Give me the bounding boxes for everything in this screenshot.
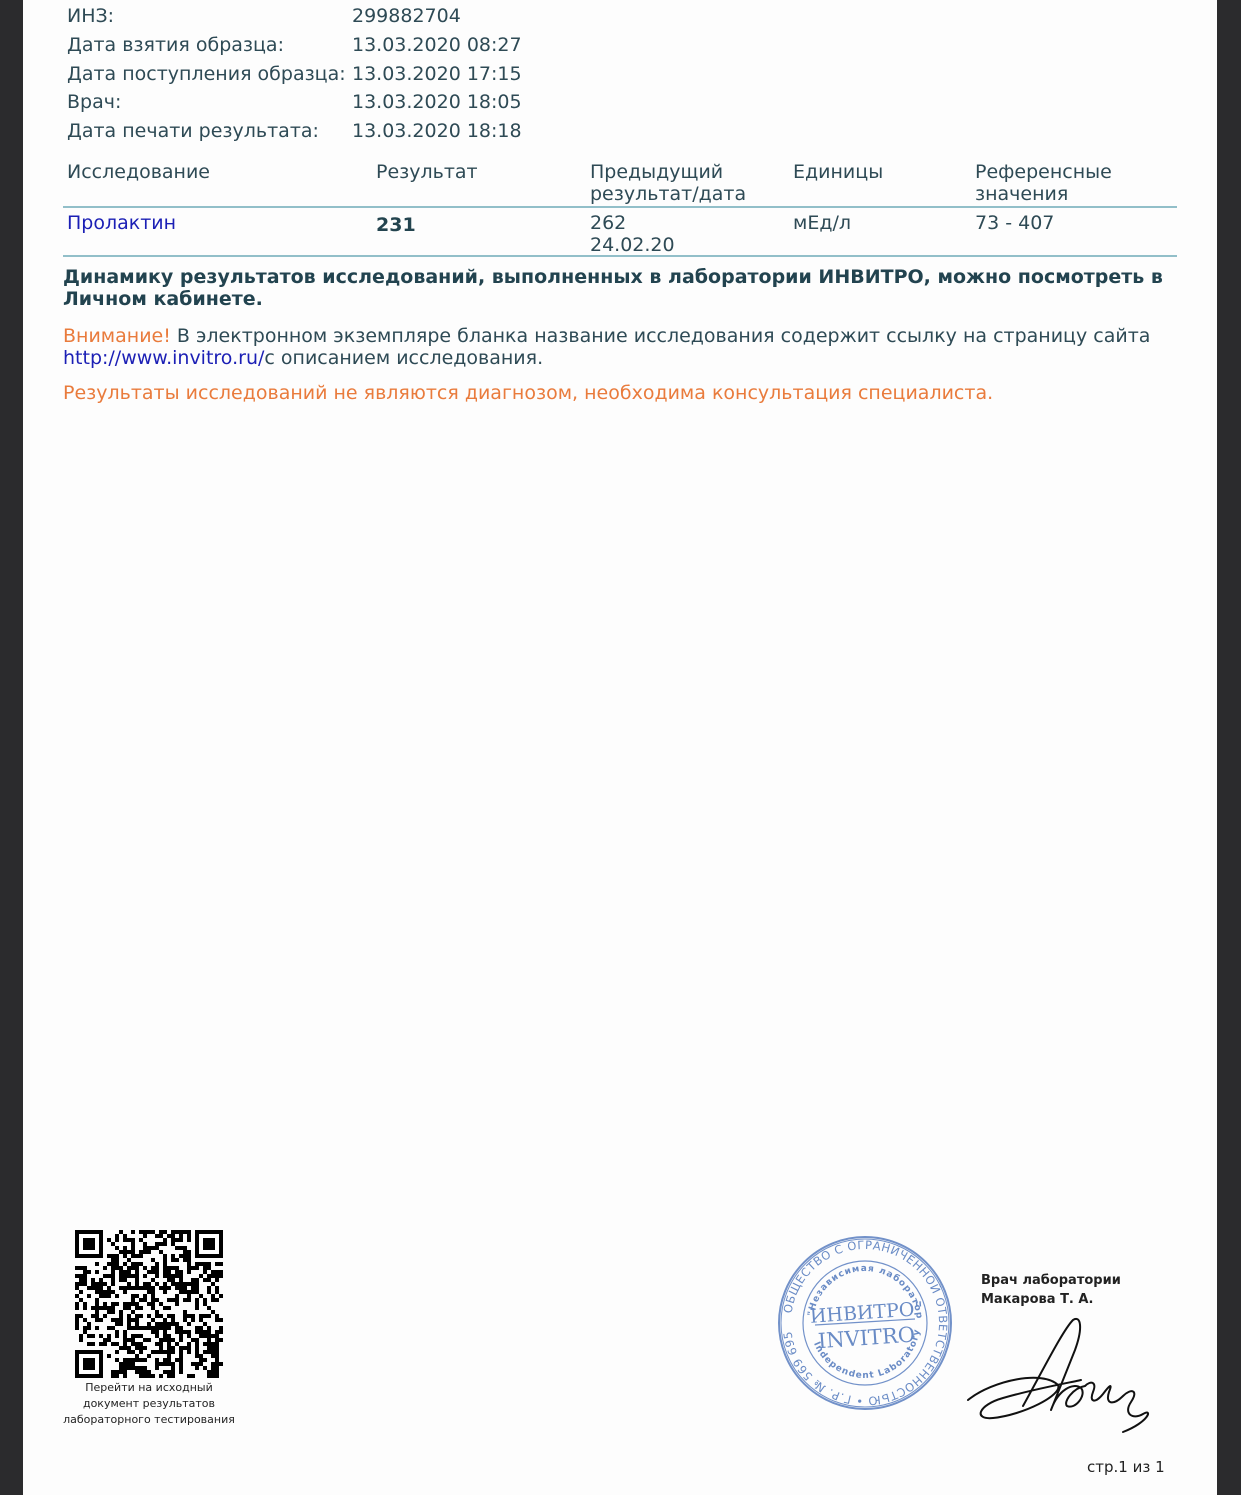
header-previous-line1: Предыдущий	[590, 161, 746, 183]
qr-caption: Перейти на исходный документ результатов…	[59, 1380, 239, 1428]
header-result: Результат	[376, 161, 478, 183]
document-page: ИНЗ: 299882704 Дата взятия образца: 13.0…	[23, 0, 1217, 1495]
svg-text:INVITRO: INVITRO	[817, 1323, 916, 1354]
stamp-icon: ОБЩЕСТВО С ОГРАНИЧЕННОЙ ОТВЕТСТВЕННОСТЬЮ…	[775, 1233, 955, 1413]
meta-label: ИНЗ:	[67, 4, 114, 28]
meta-value: 13.03.2020 18:05	[352, 90, 522, 114]
header-reference-line2: значения	[975, 183, 1112, 205]
qr-caption-line: лабораторного тестирования	[59, 1412, 239, 1428]
meta-label: Дата взятия образца:	[67, 33, 284, 57]
table-header-rule	[63, 206, 1177, 208]
page-number: стр.1 из 1	[1087, 1458, 1165, 1476]
test-name-link[interactable]: Пролактин	[67, 212, 176, 234]
meta-label: Врач:	[67, 90, 121, 114]
header-units: Единицы	[793, 161, 883, 183]
signer-block: Врач лаборатории Макарова Т. А.	[981, 1271, 1121, 1309]
meta-label: Дата печати результата:	[67, 119, 319, 143]
previous-result: 262 24.02.20	[590, 212, 675, 256]
dynamics-notice: Динамику результатов исследований, выпол…	[63, 266, 1163, 310]
signer-name: Макарова Т. А.	[981, 1290, 1121, 1309]
attention-notice: Внимание! В электронном экземпляре бланк…	[63, 325, 1183, 369]
header-previous-line2: результат/дата	[590, 183, 746, 205]
qr-caption-line: Перейти на исходный	[59, 1380, 239, 1396]
attention-text: В электронном экземпляре бланка название…	[171, 325, 1151, 347]
header-reference: Референсные значения	[975, 161, 1112, 205]
previous-date: 24.02.20	[590, 234, 675, 256]
qr-code-icon[interactable]	[74, 1230, 224, 1378]
header-test: Исследование	[67, 161, 210, 183]
header-reference-line1: Референсные	[975, 161, 1112, 183]
result-value: 231	[376, 214, 416, 236]
meta-label: Дата поступления образца:	[67, 62, 346, 86]
qr-caption-line: документ результатов	[59, 1396, 239, 1412]
meta-value: 299882704	[352, 4, 461, 28]
header-previous: Предыдущий результат/дата	[590, 161, 746, 205]
previous-value: 262	[590, 212, 675, 234]
disclaimer: Результаты исследований не являются диаг…	[63, 382, 993, 404]
units-value: мЕд/л	[793, 212, 851, 234]
meta-value: 13.03.2020 18:18	[352, 119, 522, 143]
signature-icon	[963, 1310, 1163, 1440]
attention-tail: с описанием исследования.	[264, 347, 543, 369]
reference-value: 73 - 407	[975, 212, 1054, 234]
attention-label: Внимание!	[63, 325, 171, 347]
meta-value: 13.03.2020 17:15	[352, 62, 522, 86]
signer-title: Врач лаборатории	[981, 1271, 1121, 1290]
meta-value: 13.03.2020 08:27	[352, 33, 522, 57]
invitro-site-link[interactable]: http://www.invitro.ru/	[63, 347, 264, 369]
table-bottom-rule	[63, 255, 1177, 257]
